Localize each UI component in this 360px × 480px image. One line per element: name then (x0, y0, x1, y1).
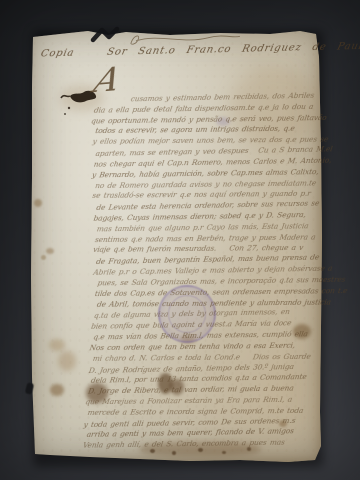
stain (86, 383, 108, 403)
stain (41, 255, 46, 260)
stain (140, 442, 260, 456)
ink-blot (60, 83, 102, 119)
stain (198, 448, 203, 452)
stain (230, 67, 320, 147)
stain (150, 449, 155, 453)
stain (46, 248, 54, 254)
stain (58, 351, 76, 371)
stamp-smudge (216, 117, 230, 126)
archive-stamp (158, 285, 216, 343)
stain (222, 451, 226, 454)
photo-background: Copia Sor Sant.o Fran.co Rodriguez de Pa… (0, 0, 360, 480)
stain (170, 379, 184, 395)
stain (247, 447, 251, 451)
stain (50, 384, 64, 396)
stain (279, 420, 287, 427)
stain (158, 373, 173, 394)
stain (172, 451, 176, 455)
stain (34, 199, 42, 207)
manuscript-body: cusamos y estimando bem recibidas, dos A… (0, 0, 358, 1)
manuscript-page (30, 27, 322, 464)
stain (293, 324, 311, 339)
stain (49, 339, 65, 351)
stain (60, 85, 104, 111)
